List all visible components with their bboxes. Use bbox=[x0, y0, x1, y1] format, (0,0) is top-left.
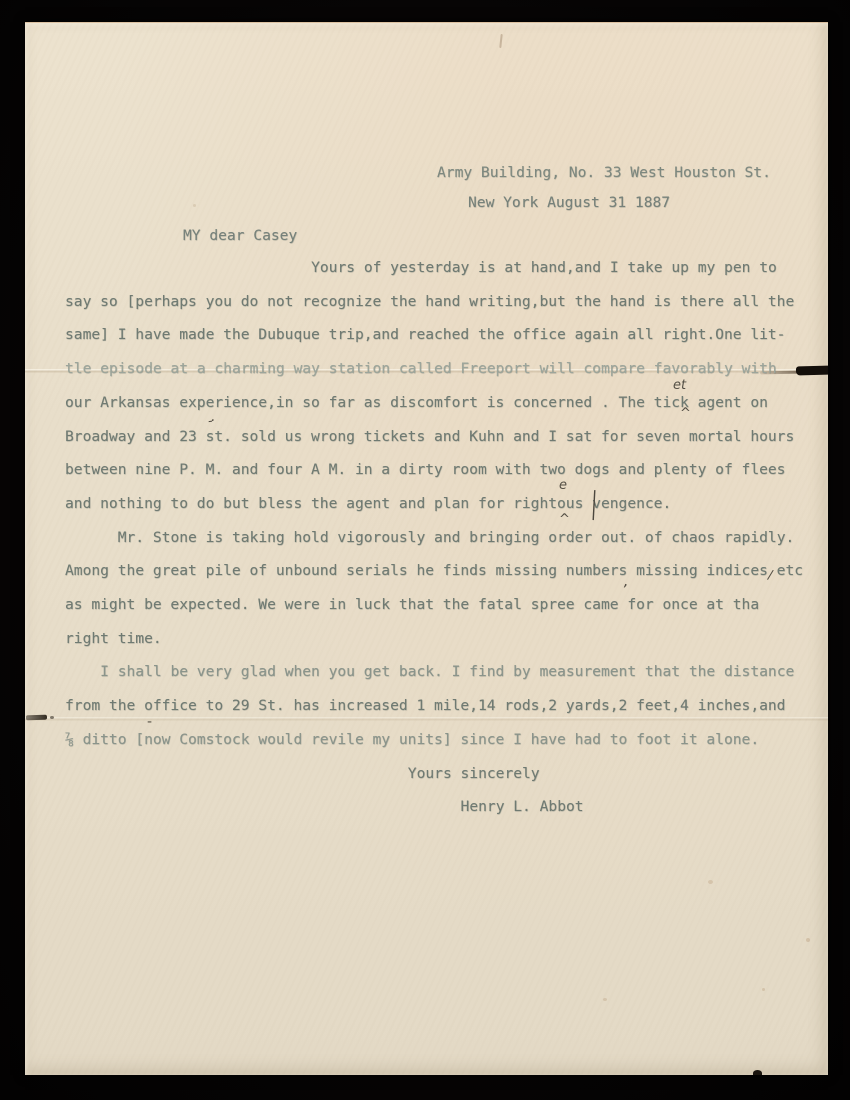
letter-line: from the office to 29 St. has increased … bbox=[65, 689, 828, 723]
letter-salutation: MY dear Casey bbox=[183, 219, 297, 253]
letter-line: right time. bbox=[65, 622, 828, 656]
letter-line: I shall be very glad when you get back. … bbox=[65, 655, 828, 689]
pencil-caret-ticket: ^ bbox=[680, 406, 691, 421]
top-edge-crease-mark bbox=[499, 34, 502, 48]
pencil-word-divider: | bbox=[588, 486, 600, 521]
letter-line: ⅞ ditto [now Comstock would revile my un… bbox=[65, 723, 828, 757]
letter-line: Yours of yesterday is at hand,and I take… bbox=[65, 251, 828, 285]
letter-heading-date: New York August 31 1887 bbox=[468, 186, 670, 220]
letter-line: same] I have made the Dubuque trip,and r… bbox=[65, 318, 828, 352]
letter-line: Among the great pile of unbound serials … bbox=[65, 554, 828, 588]
pencil-insert-et: et bbox=[673, 378, 686, 393]
pencil-insert-e: e bbox=[559, 478, 567, 493]
letter-line: Mr. Stone is taking hold vigorously and … bbox=[65, 521, 828, 555]
letter-line: between nine P. M. and four A M. in a di… bbox=[65, 453, 828, 487]
letter-line: as might be expected. We were in luck th… bbox=[65, 588, 828, 622]
foxing-speck bbox=[193, 204, 196, 207]
letter-line: our Arkansas experience,in so far as dis… bbox=[65, 386, 828, 420]
foxing-speck bbox=[708, 880, 713, 884]
pencil-caret-righteous: ^ bbox=[559, 512, 570, 527]
pencil-dash-below-office: - bbox=[147, 714, 152, 730]
letter-line: tle episode at a charming way station ca… bbox=[65, 352, 828, 386]
foxing-speck bbox=[762, 988, 765, 991]
letter-line: Yours sincerely bbox=[65, 757, 828, 791]
letter-heading-address: Army Building, No. 33 West Houston St. bbox=[437, 156, 771, 190]
letter-line: Henry L. Abbot bbox=[65, 790, 828, 824]
ink-dash-left-edge bbox=[26, 715, 47, 721]
bottom-edge-notch bbox=[753, 1070, 762, 1075]
letter-line: and nothing to do but bless the agent an… bbox=[65, 487, 828, 521]
foxing-speck bbox=[603, 998, 607, 1001]
letter-line: Broadway and 23 st. sold us wrong ticket… bbox=[65, 420, 828, 454]
letter-body: Yours of yesterday is at hand,and I take… bbox=[65, 251, 828, 824]
letter-line: say so [perhaps you do not recognize the… bbox=[65, 285, 828, 319]
letter-page: Army Building, No. 33 West Houston St. N… bbox=[25, 22, 828, 1075]
foxing-speck bbox=[806, 938, 810, 942]
photo-background: Army Building, No. 33 West Houston St. N… bbox=[0, 0, 850, 1100]
ink-dot-left-edge bbox=[50, 716, 54, 719]
